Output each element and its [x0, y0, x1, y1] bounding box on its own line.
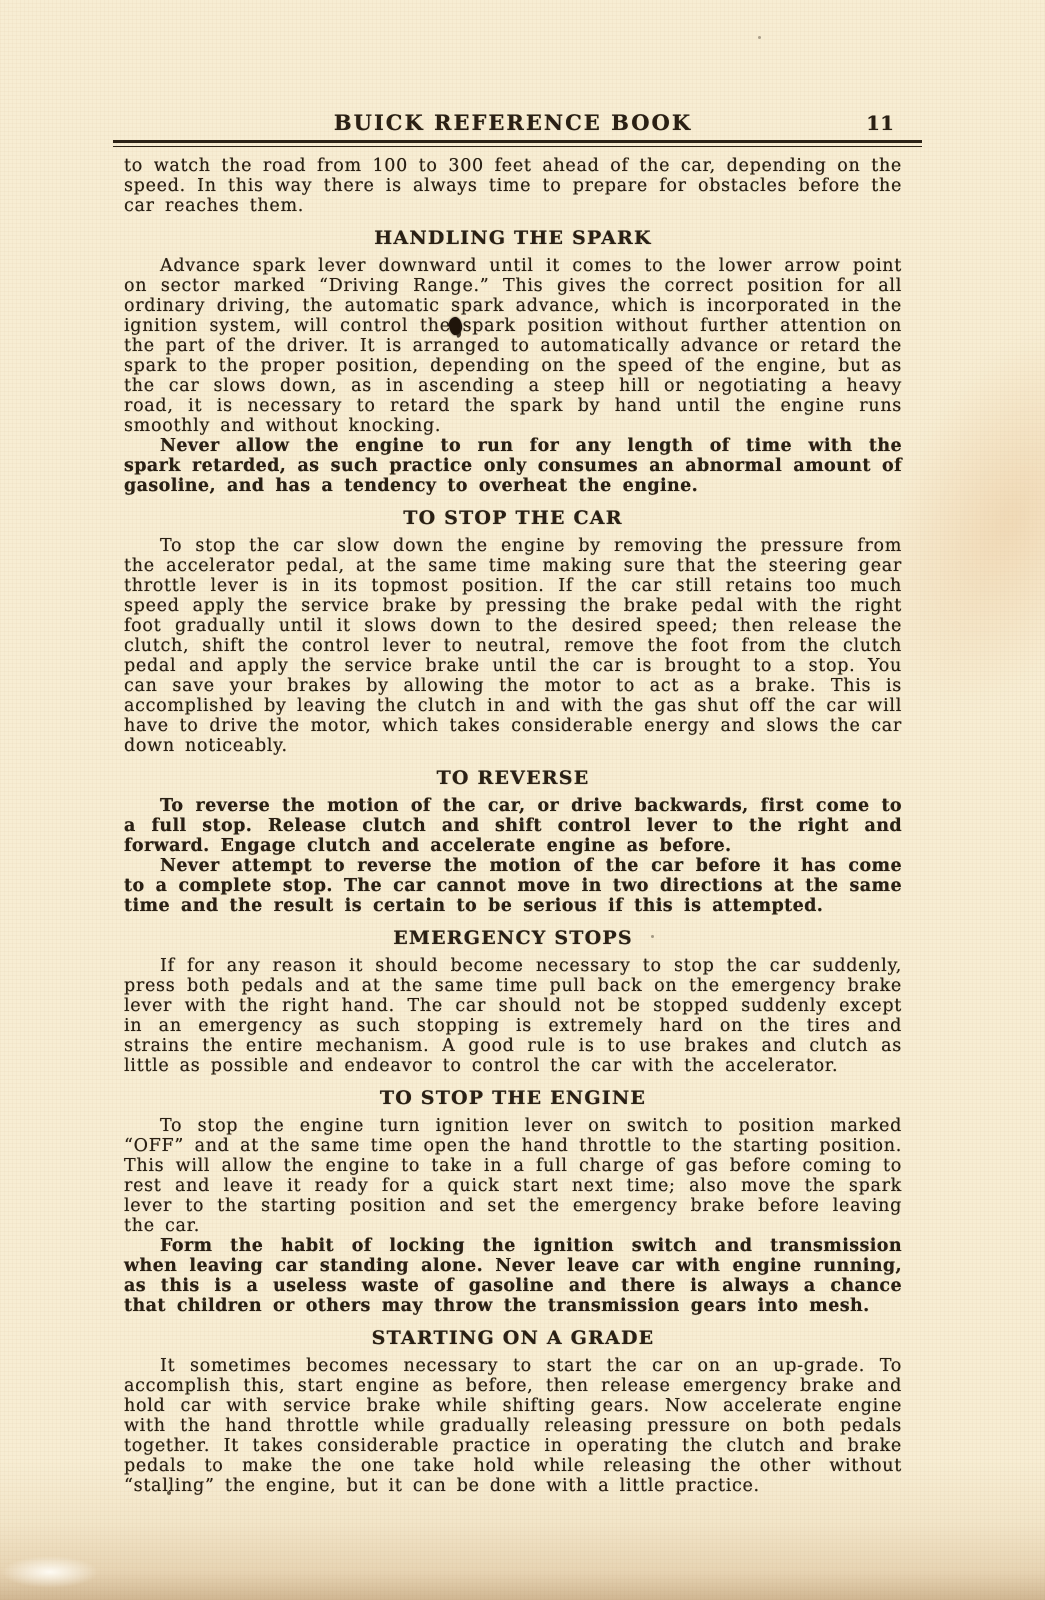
section: TO STOP THE ENGINETo stop the engine tur… — [124, 1087, 902, 1316]
paper-highlight-bottom-left — [0, 1552, 110, 1592]
section-heading: EMERGENCY STOPS — [124, 927, 902, 949]
section: EMERGENCY STOPSIf for any reason it shou… — [124, 927, 902, 1076]
sections-container: to watch the road from 100 to 300 feet a… — [124, 147, 902, 1496]
paragraph: Never attempt to reverse the motion of t… — [124, 856, 902, 916]
section-heading: STARTING ON A GRADE — [124, 1327, 902, 1349]
paragraph: To stop the car slow down the engine by … — [124, 536, 902, 756]
paragraph: If for any reason it should become neces… — [124, 956, 902, 1076]
section-heading: HANDLING THE SPARK — [124, 227, 902, 249]
page-content: BUICK REFERENCE BOOK 11 to watch the roa… — [124, 0, 902, 1496]
paragraph: Never allow the engine to run for any le… — [124, 436, 902, 496]
section: TO STOP THE CARTo stop the car slow down… — [124, 507, 902, 756]
paper-speck — [651, 935, 654, 938]
header-rule — [113, 140, 922, 147]
page-header: BUICK REFERENCE BOOK 11 — [124, 110, 902, 138]
book-title: BUICK REFERENCE BOOK — [124, 110, 902, 135]
section-heading: TO STOP THE ENGINE — [124, 1087, 902, 1109]
section: HANDLING THE SPARKAdvance spark lever do… — [124, 227, 902, 496]
section: STARTING ON A GRADEIt sometimes becomes … — [124, 1327, 902, 1496]
section: to watch the road from 100 to 300 feet a… — [124, 156, 902, 216]
section-heading: TO STOP THE CAR — [124, 507, 902, 529]
paragraph: To reverse the motion of the car, or dri… — [124, 796, 902, 856]
section: TO REVERSETo reverse the motion of the c… — [124, 767, 902, 916]
page-number: 11 — [866, 111, 894, 135]
paragraph: To stop the engine turn ignition lever o… — [124, 1116, 902, 1236]
section-heading: TO REVERSE — [124, 767, 902, 789]
paper-speck — [167, 1491, 171, 1495]
paragraph: Form the habit of locking the ignition s… — [124, 1236, 902, 1316]
paragraph: to watch the road from 100 to 300 feet a… — [124, 156, 902, 216]
paper-speck — [758, 36, 761, 39]
paragraph: It sometimes becomes necessary to start … — [124, 1356, 902, 1496]
paragraph: Advance spark lever downward until it co… — [124, 256, 902, 436]
